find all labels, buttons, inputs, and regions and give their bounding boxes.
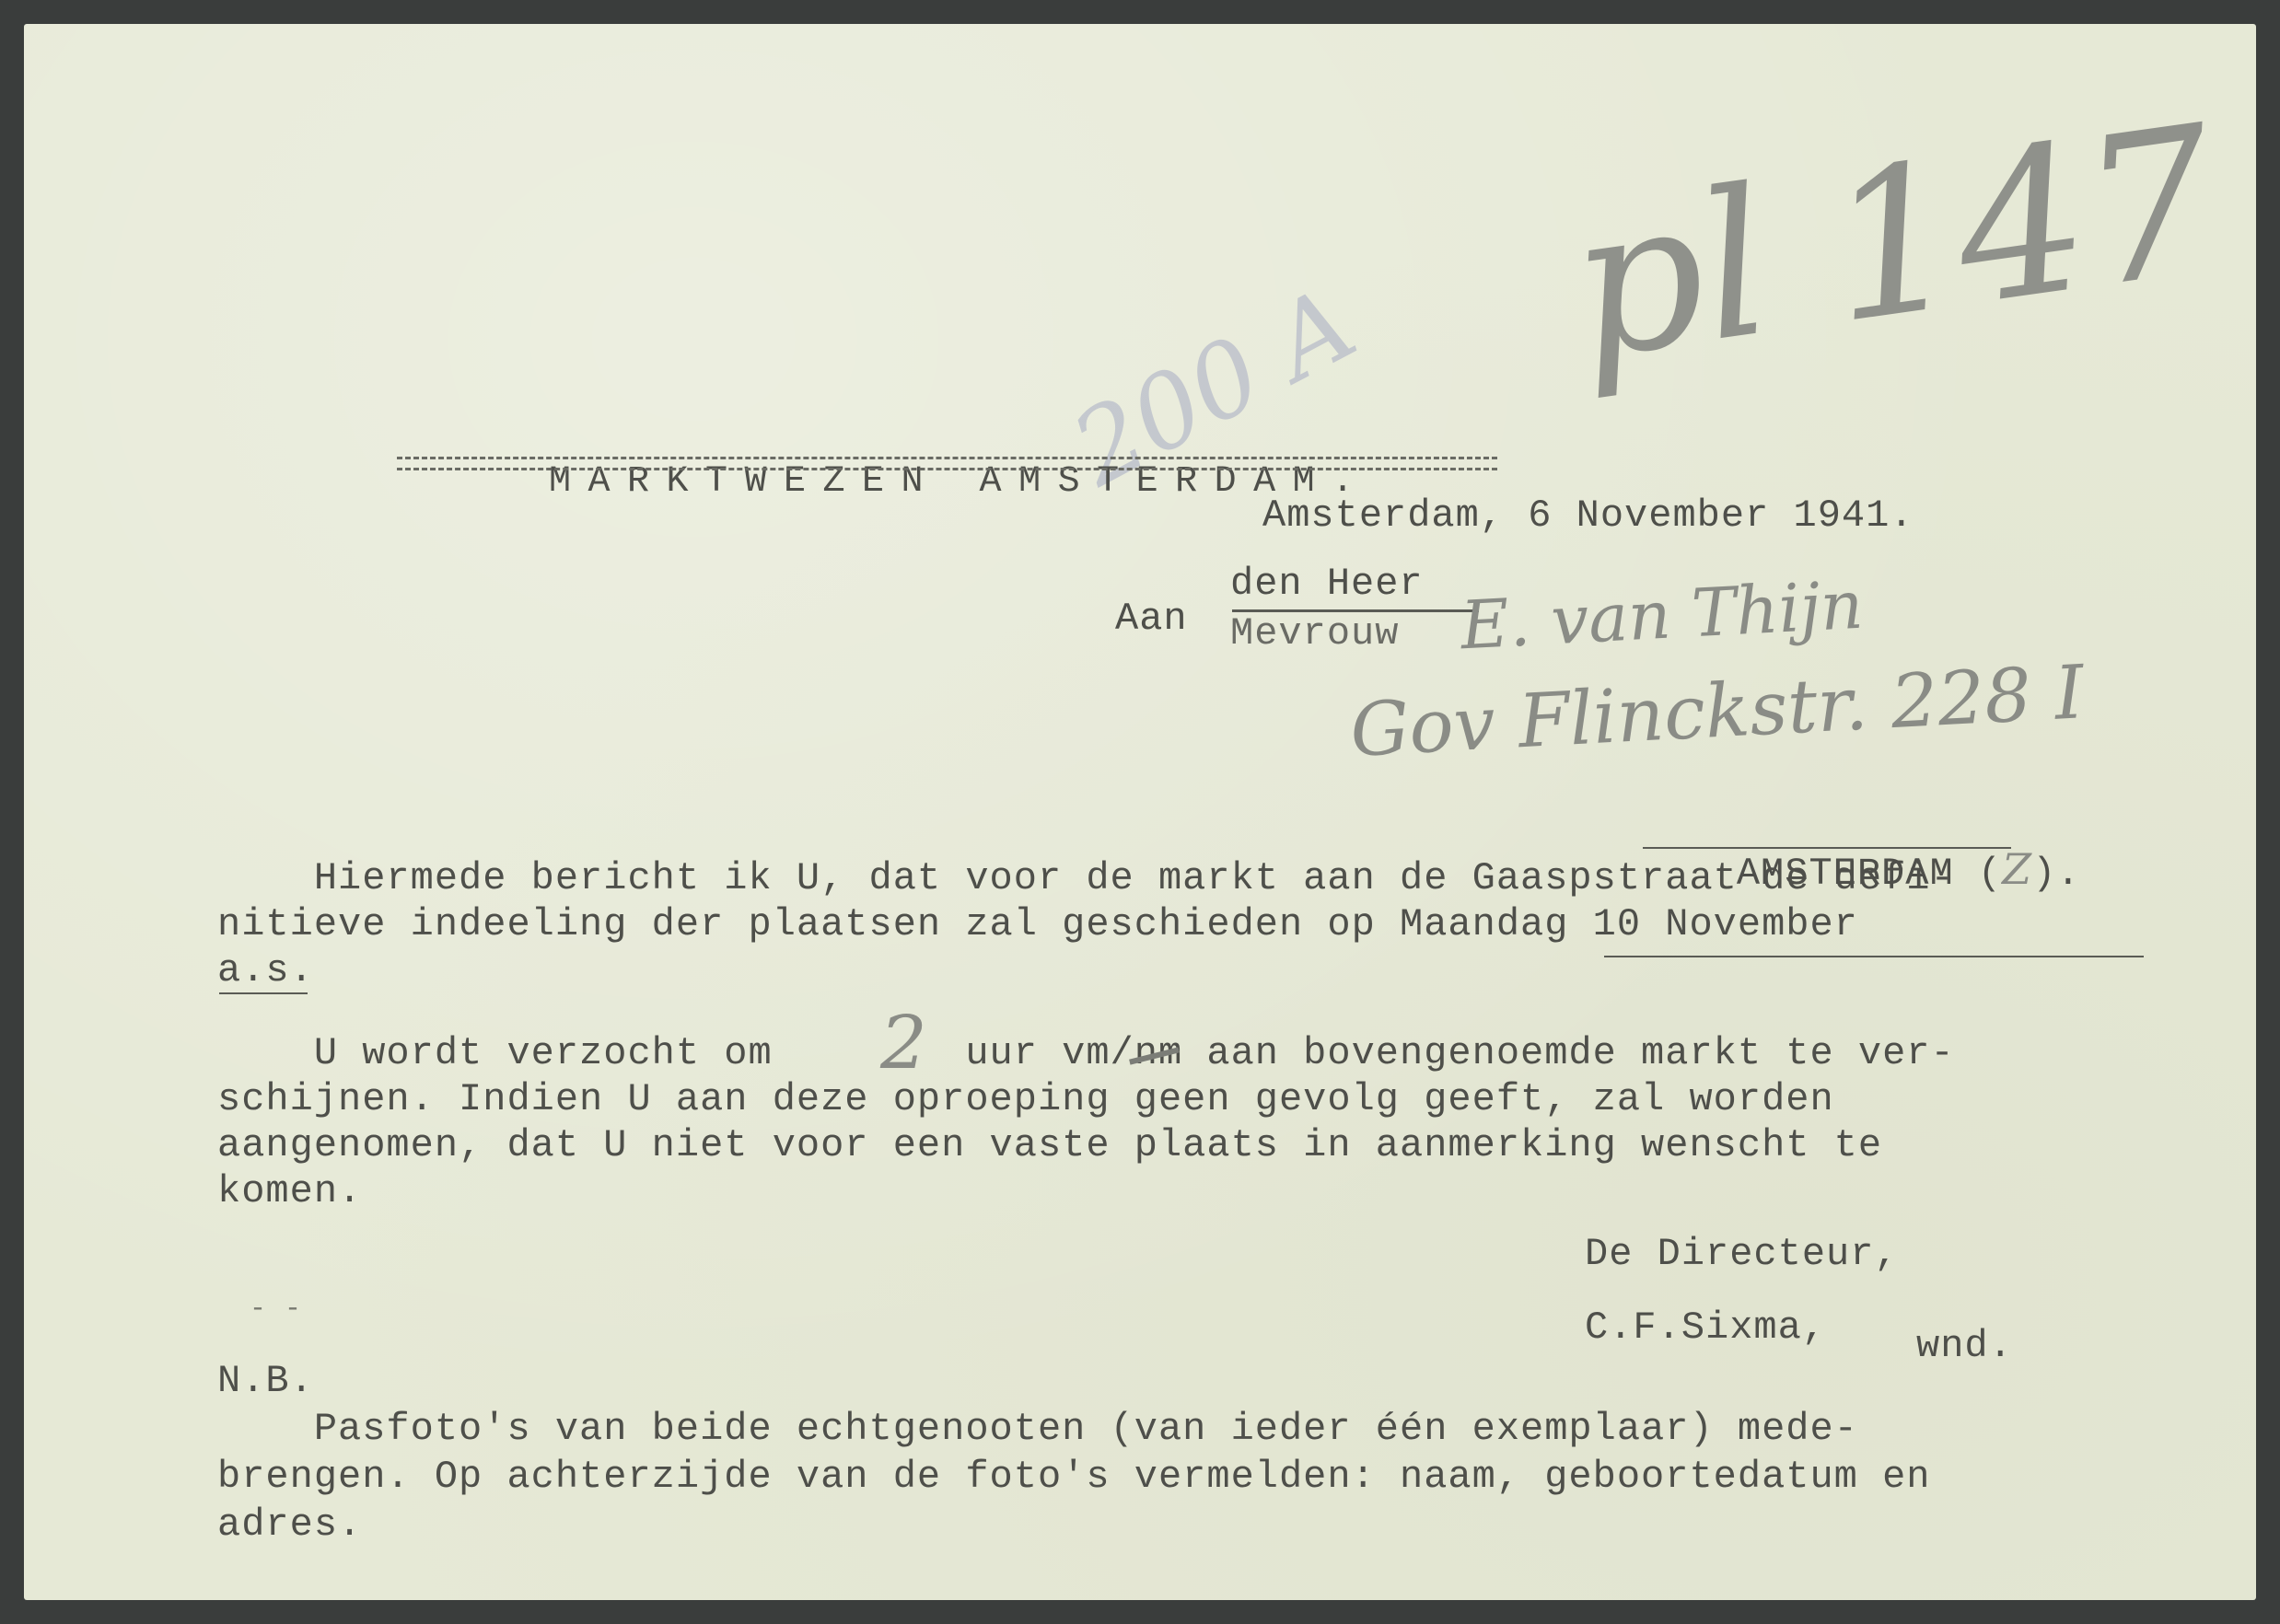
pencil-annotation: pl 147 [1558, 81, 2230, 404]
note-line-3: adres. [217, 1501, 362, 1549]
city-underline [1643, 847, 2011, 849]
paragraph-1-line-3: a.s. [217, 946, 314, 994]
handwritten-address: Gov Flinckstr. 228 I [1348, 649, 2086, 773]
signature-name: C.F.Sixma, [1585, 1304, 1826, 1351]
addressee-prefix: Aan [1115, 595, 1188, 643]
place-date: Amsterdam, 6 November 1941. [1262, 492, 1914, 539]
signature-title: De Directeur, [1585, 1230, 1899, 1278]
letter-sheet: 200 A pl 147 MARKTWEZEN AMSTERDAM. Amste… [24, 24, 2256, 1600]
margin-marks: - - [250, 1285, 302, 1333]
note-line-2: brengen. Op achterzijde van de foto's ve… [217, 1453, 1931, 1501]
salutation-den-heer: den Heer [1230, 560, 1424, 608]
paragraph-2-line-4: komen. [217, 1167, 362, 1215]
paragraph-2-line-3: aangenomen, dat U niet voor een vaste pl… [217, 1121, 1882, 1169]
note-line-1: Pasfoto's van beide echtgenooten (van ie… [217, 1405, 1858, 1453]
paragraph-2-line-2: schijnen. Indien U aan deze oproeping ge… [217, 1075, 1834, 1123]
letterhead-double-underline [397, 457, 1497, 470]
salutation-mevrouw: Mevrouw [1230, 609, 1399, 657]
signature-qualifier: wnd. [1916, 1322, 2013, 1370]
handwritten-name: E. van Thijn [1459, 566, 1865, 665]
paragraph-1-line-1: Hiermede bericht ik U, dat voor de markt… [217, 854, 1955, 902]
handwritten-hour: 2 [880, 1000, 927, 1085]
note-label: N.B. [217, 1357, 314, 1405]
letterhead-title: MARKTWEZEN AMSTERDAM. [392, 411, 1371, 554]
date-underline [1604, 956, 2144, 957]
paragraph-2-line-1: U wordt verzocht om uur vm/nm aan boveng… [217, 1029, 1955, 1077]
paragraph-1-line-2: nitieve indeeling der plaatsen zal gesch… [217, 900, 1858, 948]
as-underline [219, 992, 308, 994]
postal-district: Z [2002, 844, 2032, 894]
